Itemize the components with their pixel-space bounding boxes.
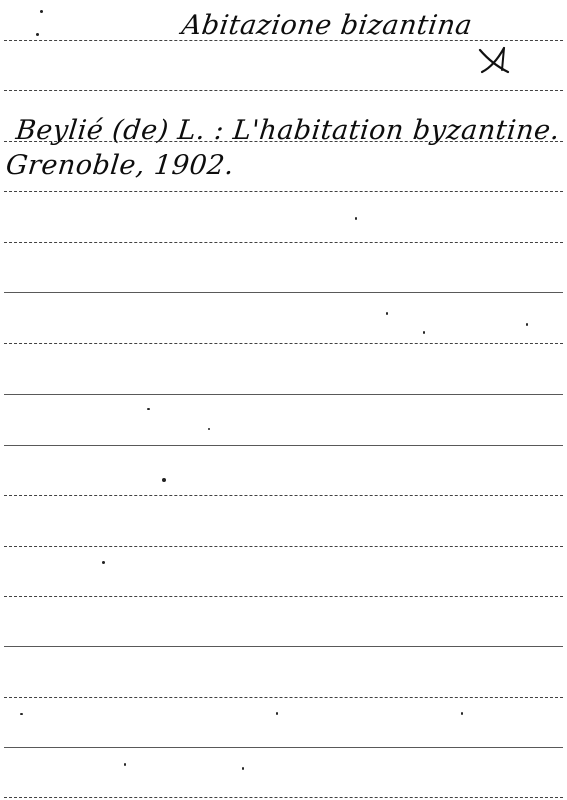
subject-heading: Abitazione bizantina: [180, 10, 474, 41]
scan-speck: [162, 478, 166, 482]
scan-speck: [386, 312, 388, 315]
scan-speck: [423, 331, 425, 334]
ruled-line: [4, 191, 563, 192]
ruled-line: [4, 495, 563, 496]
scan-speck: [242, 767, 244, 770]
scan-speck: [208, 428, 210, 430]
check-mark-icon: [478, 44, 512, 76]
scan-speck: [102, 561, 105, 564]
scan-speck: [147, 408, 150, 410]
ruled-line: [4, 242, 563, 243]
ruled-line: [4, 646, 563, 647]
ruled-line: [4, 546, 563, 547]
ruled-line: [4, 747, 563, 748]
catalog-card: Abitazione bizantina Beylié (de) L. : L'…: [0, 0, 567, 800]
ruled-line: [4, 394, 563, 395]
author-title-entry: Beylié (de) L. : L'habitation byzantine.: [14, 115, 561, 146]
scan-speck: [124, 763, 126, 766]
scan-speck: [20, 713, 23, 715]
ruled-line: [4, 697, 563, 698]
scan-speck: [276, 712, 278, 715]
ruled-line: [4, 445, 563, 446]
ruled-line: [4, 90, 563, 91]
ruled-line: [4, 596, 563, 597]
scan-speck: [40, 10, 43, 13]
ruled-line: [4, 292, 563, 293]
scan-speck: [355, 217, 357, 220]
scan-speck: [36, 33, 39, 36]
imprint-entry: Grenoble, 1902.: [4, 150, 235, 181]
ruled-line: [4, 797, 563, 798]
scan-speck: [526, 323, 528, 326]
scan-speck: [461, 712, 463, 715]
ruled-line: [4, 343, 563, 344]
